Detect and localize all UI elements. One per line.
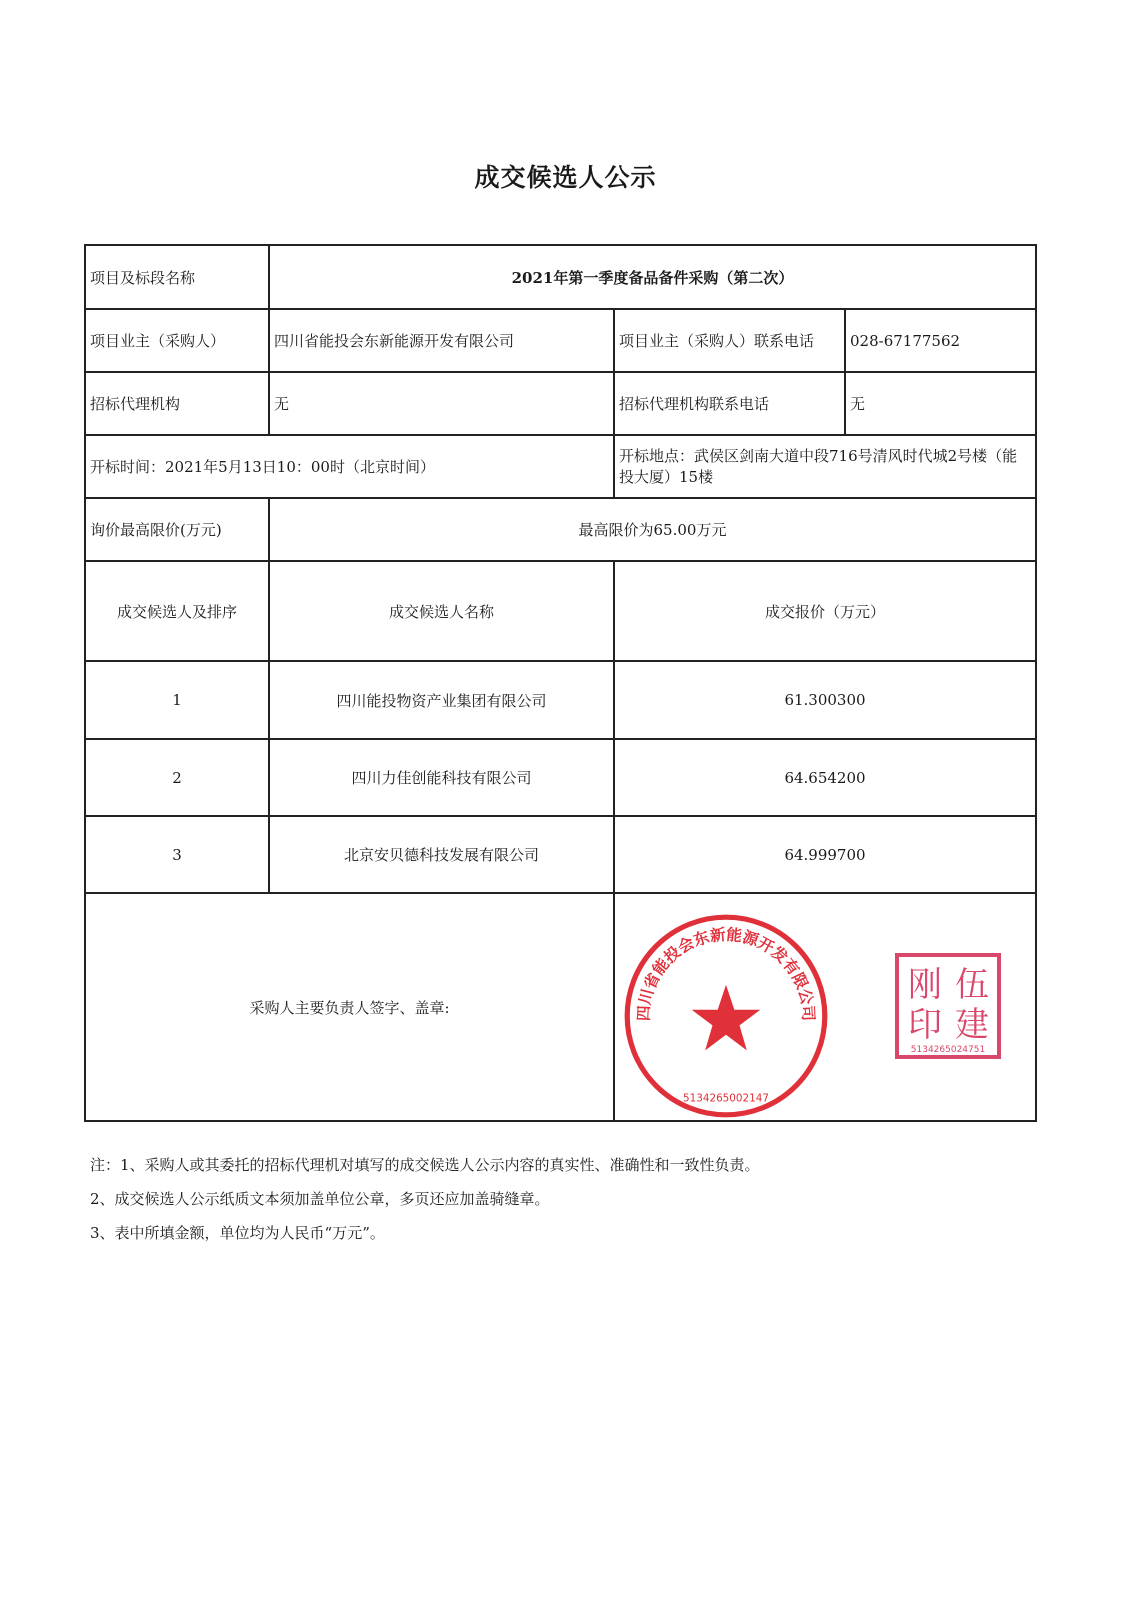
svg-text:5134265024751: 5134265024751 [911, 1045, 985, 1055]
signature-label: 采购人主要负责人签字、盖章: [85, 893, 614, 1121]
agency-phone-value: 无 [845, 372, 1036, 435]
candidate-name: 四川力佳创能科技有限公司 [269, 739, 614, 816]
header-name: 成交候选人名称 [269, 561, 614, 661]
svg-text:5134265002147: 5134265002147 [683, 1092, 769, 1104]
svg-text:伍: 伍 [955, 965, 989, 1005]
max-price-value: 最高限价为65.00万元 [269, 498, 1036, 561]
personal-seal-icon: 伍 建 刚 印 5134265024751 [894, 952, 1002, 1060]
svg-text:印: 印 [908, 1005, 942, 1045]
table-row: 2 四川力佳创能科技有限公司 64.654200 [85, 739, 1036, 816]
project-name-value: 2021年第一季度备品备件采购（第二次） [269, 245, 1036, 309]
company-seal-icon: 四川省能投会东新能源开发有限公司 5134265002147 [622, 912, 830, 1120]
table-row: 3 北京安贝德科技发展有限公司 64.999700 [85, 816, 1036, 893]
candidate-price: 61.300300 [614, 661, 1036, 739]
candidate-name: 四川能投物资产业集团有限公司 [269, 661, 614, 739]
owner-phone-value: 028-67177562 [845, 309, 1036, 372]
candidate-rank: 1 [85, 661, 269, 739]
candidate-price: 64.999700 [614, 816, 1036, 893]
page-title: 成交候选人公示 [0, 158, 1131, 194]
open-time: 开标时间：2021年5月13日10：00时（北京时间） [85, 435, 614, 498]
owner-label: 项目业主（采购人） [85, 309, 269, 372]
note-item: 2、成交候选人公示纸质文本须加盖单位公章，多页还应加盖骑缝章。 [90, 1182, 760, 1216]
project-name-label: 项目及标段名称 [85, 245, 269, 309]
notes: 注：1、采购人或其委托的招标代理机对填写的成交候选人公示内容的真实性、准确性和一… [90, 1148, 760, 1250]
owner-phone-label: 项目业主（采购人）联系电话 [614, 309, 845, 372]
open-place: 开标地点：武侯区剑南大道中段716号清风时代城2号楼（能投大厦）15楼 [614, 435, 1036, 498]
agency-label: 招标代理机构 [85, 372, 269, 435]
max-price-label: 询价最高限价(万元) [85, 498, 269, 561]
candidate-rank: 2 [85, 739, 269, 816]
header-rank: 成交候选人及排序 [85, 561, 269, 661]
note-item: 注：1、采购人或其委托的招标代理机对填写的成交候选人公示内容的真实性、准确性和一… [90, 1148, 760, 1182]
owner-value: 四川省能投会东新能源开发有限公司 [269, 309, 614, 372]
agency-phone-label: 招标代理机构联系电话 [614, 372, 845, 435]
svg-text:刚: 刚 [908, 965, 942, 1005]
agency-value: 无 [269, 372, 614, 435]
header-price: 成交报价（万元） [614, 561, 1036, 661]
candidate-rank: 3 [85, 816, 269, 893]
table-row: 1 四川能投物资产业集团有限公司 61.300300 [85, 661, 1036, 739]
svg-text:建: 建 [955, 1005, 989, 1045]
candidate-name: 北京安贝德科技发展有限公司 [269, 816, 614, 893]
candidate-price: 64.654200 [614, 739, 1036, 816]
note-item: 3、表中所填金额，单位均为人民币“万元”。 [90, 1216, 760, 1250]
